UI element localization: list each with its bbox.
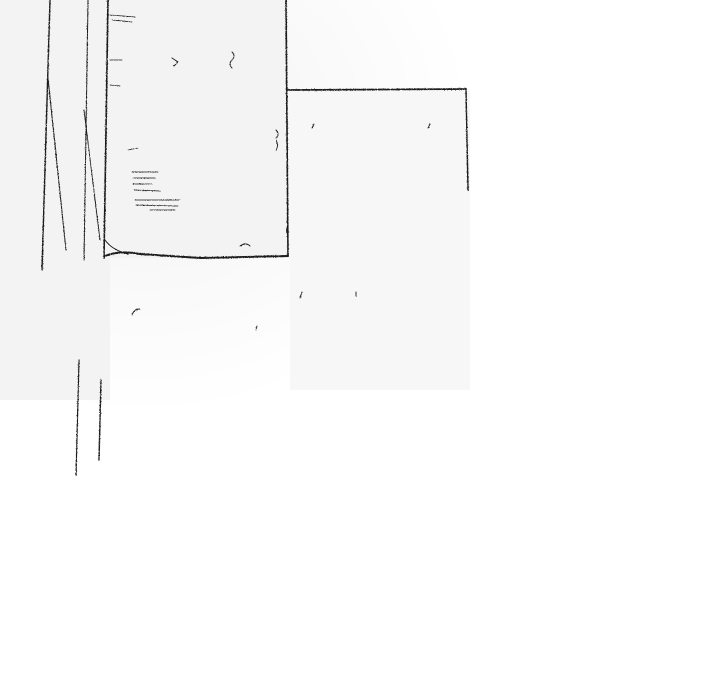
shaded-areas — [0, 0, 470, 400]
sketch-drawing — [0, 0, 720, 700]
